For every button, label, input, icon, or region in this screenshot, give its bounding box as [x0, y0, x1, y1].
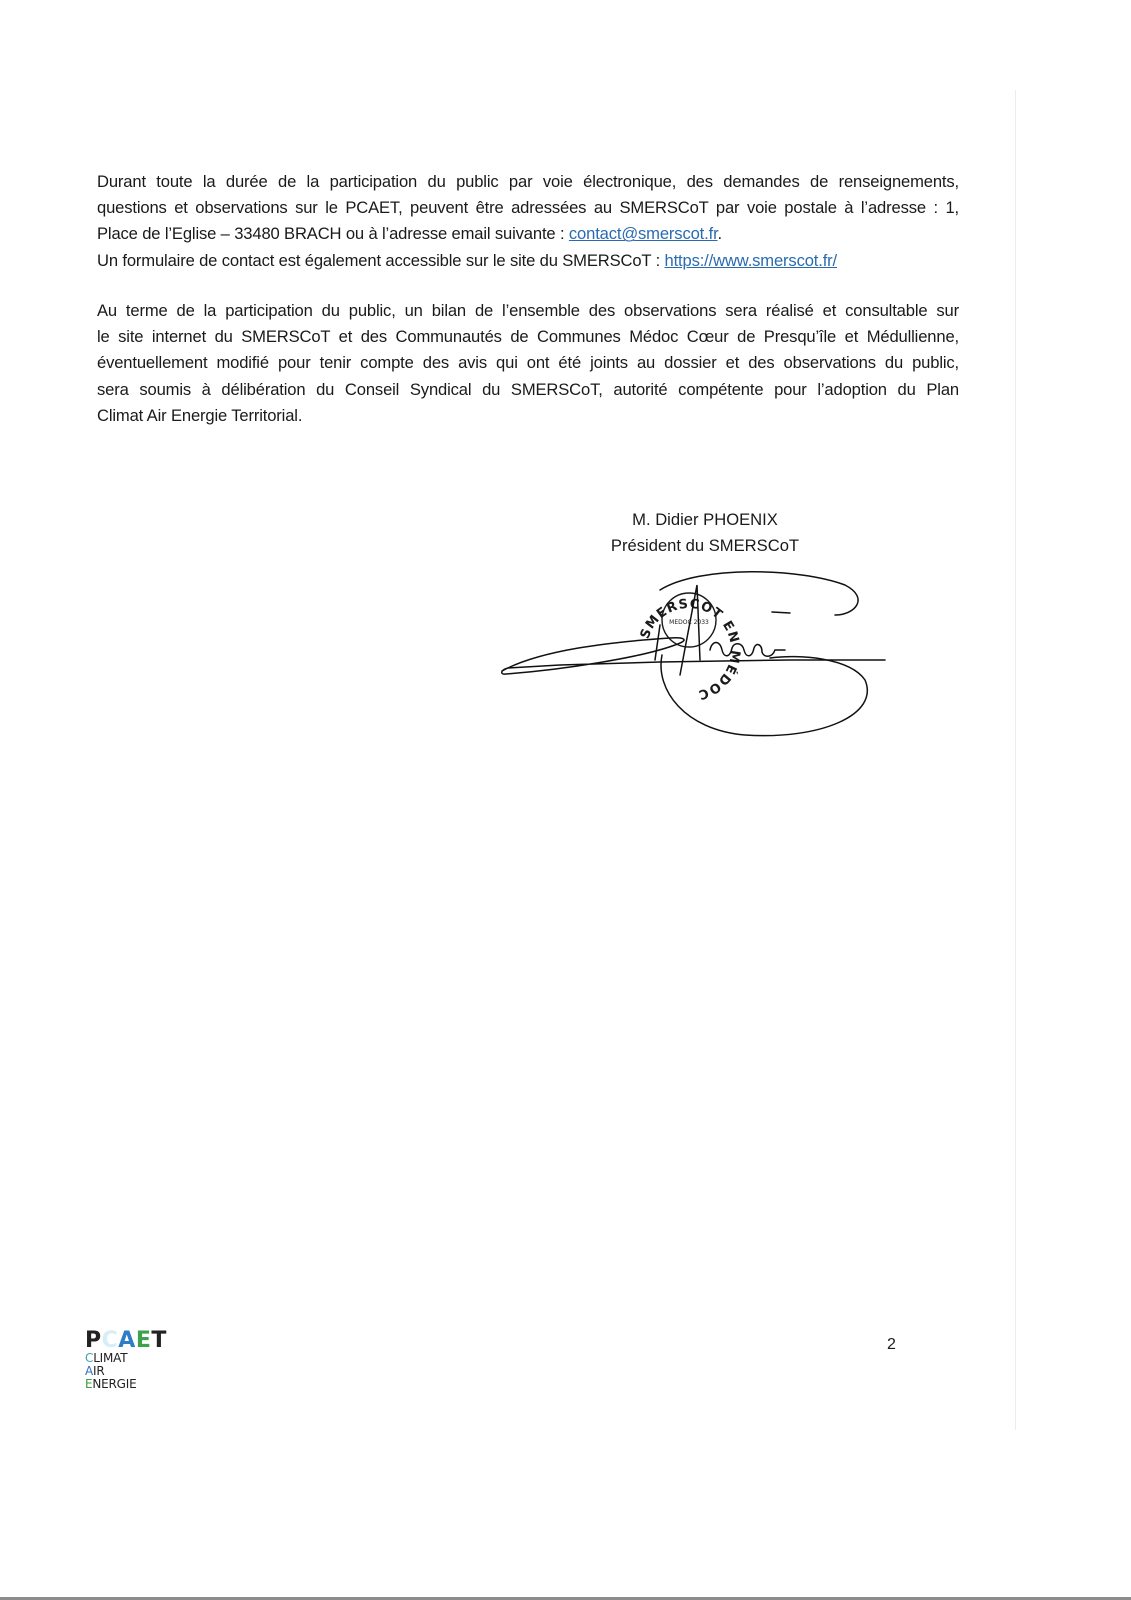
text-line: Durant toute la durée de la participatio… [97, 169, 959, 195]
svg-text:SMERSCOT EN MÉDOC: SMERSCOT EN MÉDOC [638, 597, 743, 702]
text-segment: Un formulaire de contact est également a… [97, 251, 665, 270]
signature-stroke [502, 572, 885, 736]
text-segment: . [718, 224, 722, 243]
paragraph-assessment: Au terme de la participation du public, … [97, 298, 959, 429]
text-line: le site internet du SMERSCoT et des Comm… [97, 324, 959, 350]
signatory-name: M. Didier PHOENIX [590, 507, 820, 533]
signatory-block: M. Didier PHOENIX Président du SMERSCoT [590, 507, 820, 559]
text-line: éventuellement modifié pour tenir compte… [97, 350, 959, 376]
official-stamp-icon: SMERSCOT EN MÉDOC MEDOC 2033 [638, 593, 743, 702]
text-line: Climat Air Energie Territorial. [97, 403, 959, 429]
signatory-title: Président du SMERSCoT [590, 533, 820, 559]
text-line: Au terme de la participation du public, … [97, 298, 959, 324]
text-line: sera soumis à délibération du Conseil Sy… [97, 377, 959, 403]
email-link[interactable]: contact@smerscot.fr [569, 224, 718, 243]
text-segment: Place de l’Eglise – 33480 BRACH ou à l’a… [97, 224, 569, 243]
website-link[interactable]: https://www.smerscot.fr/ [665, 251, 838, 270]
pcaet-logo: PCAET CLIMAT AIR ENERGIE [85, 1330, 167, 1391]
logo-line-energie: ENERGIE [85, 1378, 167, 1391]
page-number: 2 [887, 1336, 896, 1354]
signature-with-stamp: SMERSCOT EN MÉDOC MEDOC 2033 [500, 570, 900, 740]
paragraph-participation-info: Durant toute la durée de la participatio… [97, 169, 959, 274]
logo-wordmark: PCAET [85, 1330, 167, 1352]
page-edge-right [1015, 90, 1016, 1430]
text-line: Place de l’Eglise – 33480 BRACH ou à l’a… [97, 221, 959, 247]
text-line: questions et observations sur le PCAET, … [97, 195, 959, 221]
text-line: Un formulaire de contact est également a… [97, 248, 959, 274]
